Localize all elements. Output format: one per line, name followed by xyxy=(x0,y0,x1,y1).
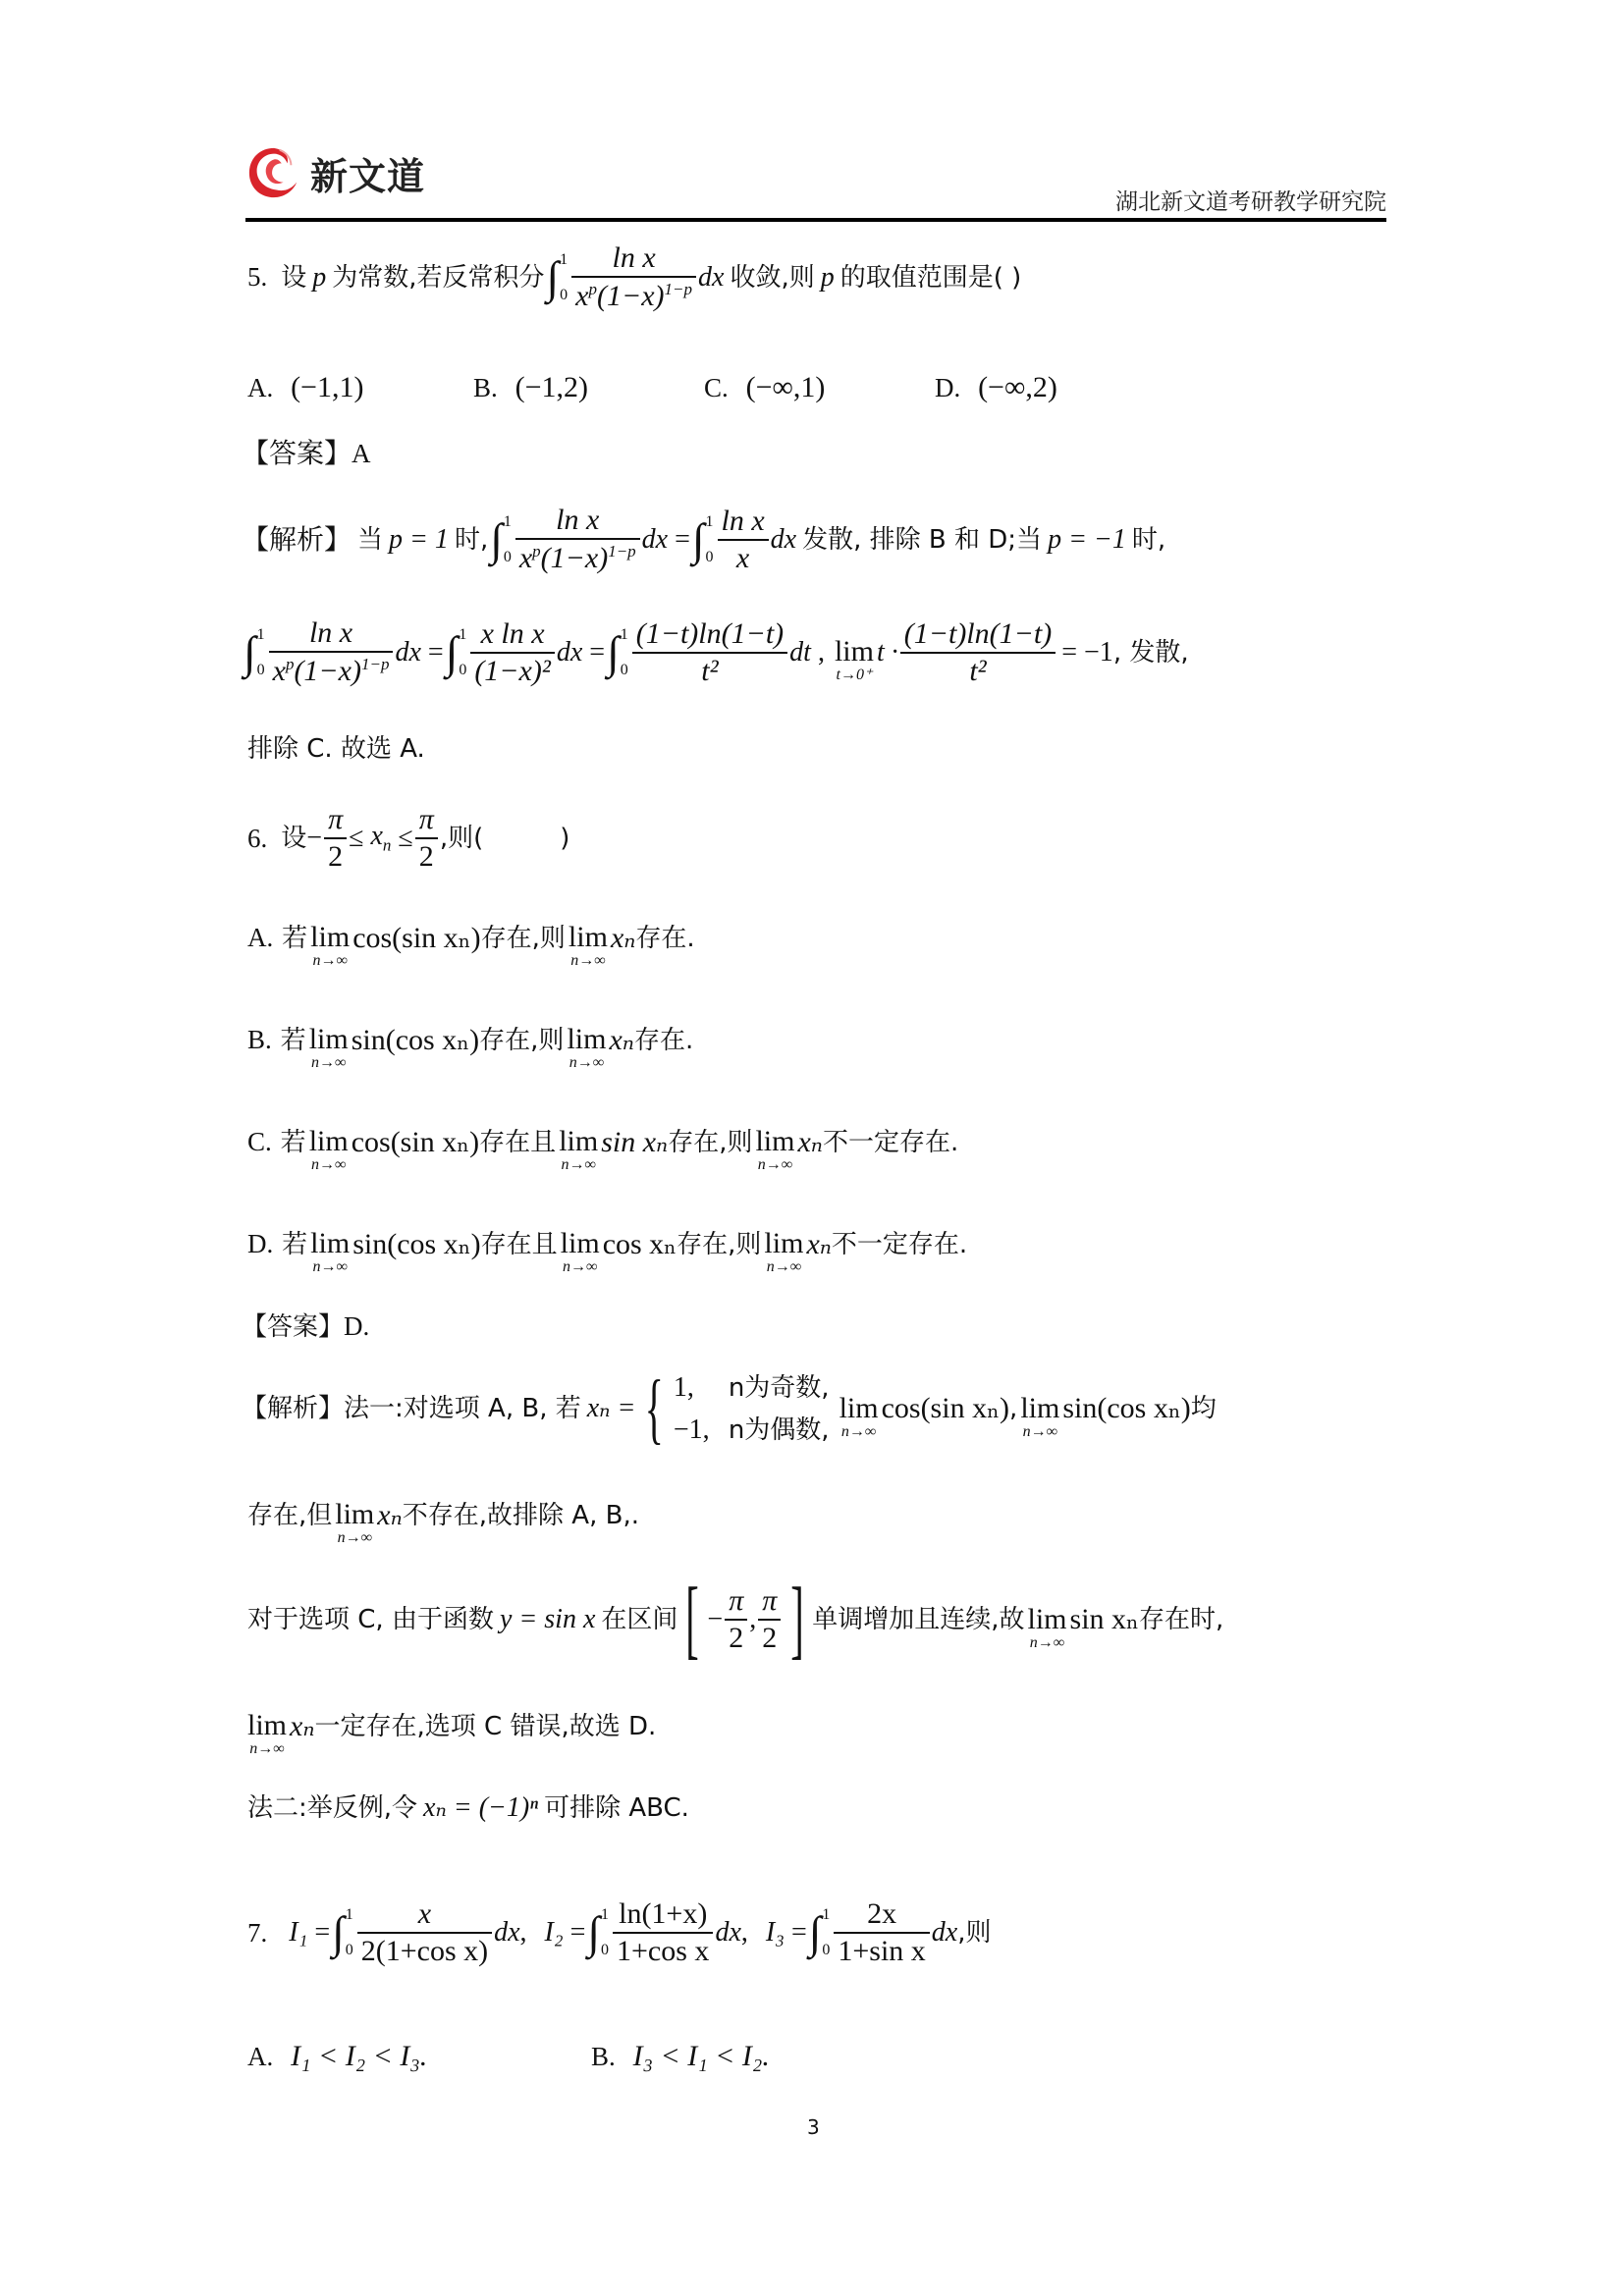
q7-option-a[interactable]: A. I₁ < I₂ < I₃. xyxy=(247,2042,591,2071)
header-divider xyxy=(245,218,1386,222)
institution-name: 湖北新文道考研教学研究院 xyxy=(1115,184,1386,216)
q6-answer: 【答案】 D. xyxy=(242,1313,369,1340)
q5-option-c[interactable]: C. (−∞,1) xyxy=(704,373,935,402)
q5-answer: 【答案】 A xyxy=(242,440,371,467)
q7-option-b[interactable]: B. I₃ < I₁ < I₂. xyxy=(591,2042,770,2071)
analysis-tag: 【解析】 xyxy=(242,1396,344,1421)
q5-options: A. (−1,1) B. (−1,2) C. (−∞,1) D. (−∞,2) xyxy=(247,373,1057,402)
q7-stem: 7. I₁ = ∫10 x2(1+cos x) dx, I₂ = ∫10 ln(… xyxy=(247,1899,991,1966)
integral-sign: ∫10 xyxy=(692,514,714,565)
integral-sign: ∫10 xyxy=(332,1907,353,1958)
q5-analysis-line1: 【解析】 当 p = 1 时, ∫10 ln x xp(1−x)1−p dx =… xyxy=(242,506,1165,573)
q6-analysis-line4: limn→∞ xₙ 一定存在,选项 C 错误,故选 D. xyxy=(247,1703,656,1749)
page-header: 新文道 湖北新文道考研教学研究院 xyxy=(245,142,1386,218)
q6-stem: 6. 设 − π2 ≤ xn ≤ π2 ,则( ) xyxy=(247,805,569,872)
q7-options: A. I₁ < I₂ < I₃. B. I₃ < I₁ < I₂. xyxy=(247,2042,770,2071)
page-number: 3 xyxy=(807,2115,820,2139)
logo-text: 新文道 xyxy=(310,146,425,200)
q5-text: 收敛,则 xyxy=(730,265,814,291)
q6-option-d[interactable]: D. 若 limn→∞ sin(cos xₙ) 存在且 limn→∞ cos x… xyxy=(247,1221,967,1267)
limit-operator: limt→0⁺ xyxy=(835,637,874,683)
q5-stem: 5. 设 p 为常数,若反常积分 ∫10 ln x xp(1−x)1−p dx … xyxy=(247,243,1021,311)
phoenix-logo-icon xyxy=(245,144,302,201)
q5-text: 设 xyxy=(281,265,306,291)
q5-analysis-line3: 排除 C. 故选 A. xyxy=(247,736,425,762)
piecewise-definition: { 1,n为奇数, −1,n为偶数, xyxy=(635,1369,829,1448)
integral-sign: ∫10 xyxy=(446,627,467,678)
brand-logo: 新文道 xyxy=(245,144,425,201)
integral-sign: ∫10 xyxy=(809,1907,831,1958)
integral-sign: ∫10 xyxy=(607,627,628,678)
integral-sign: ∫10 xyxy=(490,514,512,565)
q5-text: 为常数,若反常积分 xyxy=(332,265,544,291)
integral-sign: ∫10 xyxy=(547,252,568,303)
q5-option-a[interactable]: A. (−1,1) xyxy=(247,373,473,402)
q5-option-d[interactable]: D. (−∞,2) xyxy=(935,373,1057,402)
answer-value: A xyxy=(352,441,371,467)
q6-analysis-method2: 法二:举反例,令 xₙ = (−1)ⁿ 可排除 ABC. xyxy=(247,1794,689,1822)
q6-option-b[interactable]: B. 若 limn→∞ sin(cos xₙ) 存在,则 limn→∞ xₙ 存… xyxy=(247,1017,693,1063)
q6-analysis-line1: 【解析】 法一:对选项 A, B, 若 xₙ = { 1,n为奇数, −1,n为… xyxy=(242,1369,1217,1448)
q6-option-a[interactable]: A. 若 limn→∞ cos(sin xₙ) 存在,则 limn→∞ xₙ 存… xyxy=(247,915,695,961)
document-page: 新文道 湖北新文道考研教学研究院 5. 设 p 为常数,若反常积分 ∫10 ln… xyxy=(0,0,1624,2296)
q6-option-c[interactable]: C. 若 limn→∞ cos(sin xₙ) 存在且 limn→∞ sin x… xyxy=(247,1119,958,1165)
q6-analysis-line2: 存在,但 limn→∞ xₙ 不存在,故排除 A, B,. xyxy=(247,1492,639,1538)
answer-value: D. xyxy=(344,1313,369,1340)
q6-analysis-line3: 对于选项 C, 由于函数 y = sin x 在区间 [ − π2, π2 ] … xyxy=(247,1575,1223,1664)
integral-sign: ∫10 xyxy=(244,627,265,678)
q5-text: 的取值范围是( ) xyxy=(840,265,1022,291)
analysis-tag: 【解析】 xyxy=(242,526,352,554)
q7-number: 7. xyxy=(247,1920,267,1947)
answer-tag: 【答案】 xyxy=(242,1314,344,1340)
integral-sign: ∫10 xyxy=(587,1907,609,1958)
q5-number: 5. xyxy=(247,264,267,291)
q5-p-var: p xyxy=(312,264,326,292)
q5-analysis-line2: ∫10 ln xxp(1−x)1−p dx = ∫10 x ln x(1−x)²… xyxy=(242,618,1189,686)
q5-option-b[interactable]: B. (−1,2) xyxy=(473,373,704,402)
q5-integrand: ln x xp(1−x)1−p xyxy=(571,243,696,311)
dx: dx xyxy=(698,264,724,292)
q5-p-var: p xyxy=(821,264,835,292)
q6-number: 6. xyxy=(247,826,267,852)
answer-tag: 【答案】 xyxy=(242,440,352,467)
